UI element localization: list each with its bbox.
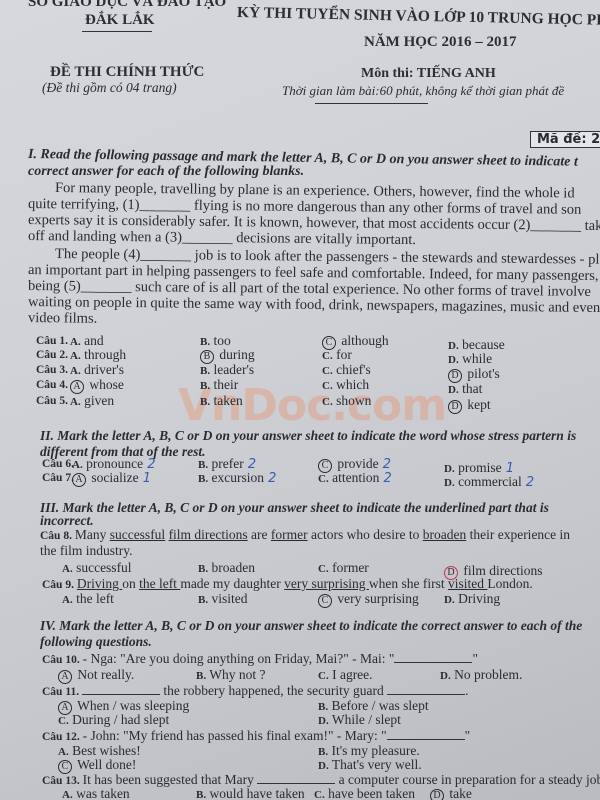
sentence-text: are (248, 527, 271, 542)
option-letter: C. (322, 380, 333, 392)
answer-option[interactable]: B. broaden (198, 560, 255, 576)
option-text: While / slept (329, 712, 401, 727)
option-text: Not really. (74, 667, 134, 682)
option-text: pilot's (464, 366, 500, 381)
question-text: the robbery happened, the security guard (160, 683, 387, 698)
question-label: Câu 5. (36, 395, 68, 407)
question-label: Câu 1. (36, 335, 68, 347)
answer-option[interactable]: D. Driving (444, 591, 500, 607)
answer-option[interactable]: A whose (70, 377, 124, 394)
option-text: was taken (73, 786, 130, 800)
option-text: prefer (208, 456, 244, 471)
option-letter: C. (318, 670, 329, 682)
question-label: Câu 2. (36, 349, 68, 361)
question-text: " (465, 728, 471, 743)
handwritten-stress-mark: 2 (264, 471, 276, 486)
option-text: because (459, 337, 505, 352)
subject-label: Môn thi: TIẾNG ANH (361, 66, 496, 82)
question-text: . (465, 683, 468, 698)
header-divider (82, 31, 152, 32)
passage-line: video films. (28, 310, 97, 328)
option-text: During / had slept (69, 712, 170, 727)
option-letter: C. (318, 473, 329, 485)
option-letter: A. (70, 350, 81, 362)
option-text: shown (333, 393, 372, 408)
question-8-text-2: the film industry. (40, 543, 133, 559)
option-letter: A. (70, 365, 81, 377)
answer-option[interactable]: A. through (70, 347, 126, 363)
answer-option[interactable]: B. visited (198, 591, 247, 607)
question-text: - John: "My friend has passed his final … (83, 728, 387, 743)
option-letter: B. (196, 670, 206, 682)
option-text: It's my pleasure. (328, 743, 420, 758)
option-letter: D. (318, 715, 329, 727)
official-exam-label: ĐỀ THI CHÍNH THỨC (50, 64, 204, 81)
option-text: very surprising (334, 591, 419, 606)
underlined-part: film directions (169, 527, 248, 542)
option-text: which (333, 377, 369, 392)
option-letter: B. (198, 473, 208, 485)
option-letter: C. (318, 563, 329, 575)
option-text: attention (329, 470, 380, 485)
sentence-text: their experience in (466, 527, 570, 542)
option-text: excursion (208, 470, 264, 485)
section-4-instruction: IV. Mark the letter A, B, C or D on your… (40, 618, 582, 634)
option-letter: D. (444, 477, 455, 489)
section-2-instruction: II. Mark the letter A, B, C or D on your… (40, 428, 576, 444)
option-text: the left (73, 591, 114, 606)
answer-option[interactable]: A. driver's (70, 362, 124, 378)
option-text: No problem. (451, 667, 523, 682)
option-letter: D. (448, 384, 459, 396)
exam-title: KỲ THI TUYỂN SINH VÀO LỚP 10 TRUNG HỌC P… (237, 4, 600, 31)
answer-option[interactable]: D. That's very well. (318, 757, 422, 773)
answer-blank (387, 739, 465, 740)
option-letter: B. (198, 594, 208, 606)
option-letter: D (448, 400, 462, 414)
option-text: taken (210, 393, 243, 408)
option-text: Well done! (74, 757, 136, 772)
answer-option[interactable]: C. attention 2 (318, 470, 392, 486)
option-letter: D. (444, 594, 455, 606)
option-letter: A. (62, 789, 73, 800)
option-text: pronounce (83, 456, 143, 471)
underlined-part: the left (139, 576, 180, 591)
option-letter: B. (198, 563, 208, 575)
answer-option[interactable]: B. Why not ? (196, 667, 265, 683)
option-text: I agree. (329, 667, 373, 682)
answer-option[interactable]: D. that (448, 381, 482, 397)
exam-code-box: Mã đề: 21 (530, 131, 600, 148)
option-letter: A (58, 670, 72, 684)
answer-blank (257, 783, 335, 784)
question-text: It has been suggested that Mary (83, 772, 258, 787)
question-11: Câu 11. the robbery happened, the securi… (42, 683, 469, 699)
answer-option[interactable]: C. for (322, 347, 352, 363)
time-note: Thời gian làm bài:60 phút, không kể thời… (282, 83, 564, 99)
option-letter: A (70, 380, 84, 394)
option-text: while (459, 351, 492, 366)
question-label: Câu 4. (36, 379, 68, 391)
sentence-text: made my daughter (180, 576, 284, 591)
question-label: Câu 10. (42, 654, 83, 666)
underlined-part: visited (448, 576, 487, 591)
option-text: whose (86, 377, 124, 392)
answer-blank (394, 662, 472, 663)
option-letter: C. (322, 396, 333, 408)
option-letter: A (72, 473, 86, 487)
option-text: provide (334, 456, 379, 471)
answer-option[interactable]: C. former (318, 560, 369, 576)
answer-option[interactable]: D. commercial 2 (444, 474, 534, 490)
question-9-text: Câu 9. Driving on the left made my daugh… (42, 576, 533, 592)
time-divider (315, 103, 428, 104)
option-letter: A. (70, 396, 81, 408)
option-text: given (81, 393, 114, 408)
answer-option[interactable]: B. leader's (200, 362, 254, 378)
answer-option[interactable]: C. chief's (322, 362, 371, 378)
answer-option[interactable]: B. taken (200, 393, 243, 409)
option-letter: C. (322, 350, 333, 362)
option-text: That's very well. (329, 757, 422, 772)
question-label: Câu 9. (42, 579, 77, 591)
sentence-text: actors who desire to (308, 527, 423, 542)
answer-option[interactable]: B. their (200, 377, 238, 393)
option-text: for (333, 347, 352, 362)
option-text: driver's (81, 362, 124, 377)
section-4-instruction-2: following questions. (40, 634, 152, 650)
section-1-instruction-2: correct answer for each of the following… (28, 164, 304, 180)
answer-option[interactable]: A. successful (62, 560, 132, 576)
option-text: former (329, 560, 369, 575)
underlined-part: broaden (423, 527, 466, 542)
department-line-2: ĐẮK LẮK (85, 12, 155, 29)
answer-option[interactable]: D. while (448, 351, 492, 367)
sentence-text: Many (75, 527, 110, 542)
option-letter: C (318, 594, 332, 608)
option-text: that (459, 381, 483, 396)
option-text: their (210, 377, 238, 392)
option-text: leader's (210, 362, 254, 377)
underlined-part: former (271, 527, 308, 542)
answer-blank (387, 694, 465, 695)
question-label: Câu 12. (42, 731, 83, 743)
department-line-1: SỞ GIÁO DỤC VÀ ĐÀO TẠO (28, 0, 226, 11)
question-text: - Nga: "Are you doing anything on Friday… (83, 651, 395, 666)
answer-option[interactable]: D. No problem. (440, 667, 522, 683)
option-text: When / was sleeping (74, 698, 189, 713)
question-12: Câu 12. - John: "My friend has passed hi… (42, 728, 470, 744)
question-label: Câu 7. (42, 472, 74, 484)
option-letter: D (430, 789, 444, 800)
option-text: would have taken (206, 786, 305, 800)
answer-option[interactable]: C. which (322, 377, 369, 393)
option-letter: A. (62, 594, 73, 606)
question-label: Câu 3. (36, 364, 68, 376)
answer-option[interactable]: A. was taken (62, 786, 130, 800)
school-year: NĂM HỌC 2016 – 2017 (364, 34, 517, 51)
option-letter: D. (448, 354, 459, 366)
question-text: " (472, 651, 478, 666)
option-text: kept (464, 397, 491, 412)
question-label: Câu 8. (40, 530, 75, 542)
option-text: socialize (88, 470, 139, 485)
answer-option[interactable]: D. While / slept (318, 712, 401, 728)
underlined-part: very surprising (284, 576, 369, 591)
answer-option[interactable]: A Not really. (58, 667, 134, 684)
option-text: through (81, 347, 126, 362)
option-letter: D. (318, 760, 329, 772)
option-text: broaden (208, 560, 255, 575)
option-letter: B. (200, 380, 210, 392)
sentence-text: on (122, 576, 139, 591)
option-text: commercial (455, 474, 522, 489)
option-letter: D. (440, 670, 451, 682)
answer-option[interactable]: A. given (70, 393, 114, 409)
question-10: Câu 10. - Nga: "Are you doing anything o… (42, 651, 478, 667)
section-3-instruction: III. Mark the letter A, B, C or D on you… (40, 500, 549, 516)
handwritten-stress-mark: 1 (139, 471, 151, 486)
option-letter: B. (196, 789, 206, 800)
option-text: too (210, 333, 231, 348)
question-label: Câu 6. (42, 458, 74, 470)
sentence-text: when she first (369, 576, 448, 591)
answer-blank (82, 694, 160, 695)
underlined-part: Driving (77, 576, 122, 591)
option-text: and (81, 333, 104, 348)
answer-option[interactable]: C. have been taken (314, 786, 415, 800)
handwritten-stress-mark: 2 (522, 475, 534, 490)
option-letter: C. (322, 365, 333, 377)
option-text: chief's (333, 362, 371, 377)
option-text: although (338, 333, 389, 348)
option-text: promise (455, 460, 502, 475)
option-letter: C. (314, 789, 325, 800)
sentence-text: London. (487, 576, 532, 591)
answer-option[interactable]: D kept (448, 397, 491, 414)
answer-option[interactable]: A socialize 1 (72, 470, 151, 487)
option-text: during (216, 347, 255, 362)
option-text: visited (208, 591, 247, 606)
question-8-text: Câu 8. Many successful film directions a… (40, 527, 570, 543)
question-text: a computer course in preparation for a s… (335, 772, 600, 787)
option-letter: A. (62, 563, 73, 575)
option-letter: B. (200, 365, 210, 377)
answer-option[interactable]: C very surprising (318, 591, 419, 608)
underlined-part: successful (110, 527, 165, 542)
question-label: Câu 11. (42, 686, 82, 698)
option-text: successful (73, 560, 132, 575)
answer-option[interactable]: C. During / had slept (58, 712, 169, 728)
answer-option[interactable]: C. shown (322, 393, 371, 409)
option-text: Before / was slept (328, 698, 428, 713)
option-text: Best wishes! (69, 743, 141, 758)
option-text: Driving (455, 591, 500, 606)
handwritten-stress-mark: 2 (379, 471, 391, 486)
option-letter: C. (58, 715, 69, 727)
answer-option[interactable]: B. would have taken (196, 786, 305, 800)
answer-option[interactable]: B. excursion 2 (198, 470, 276, 486)
option-text: have been taken (325, 786, 415, 800)
pages-note: (Đề thi gồm có 04 trang) (42, 80, 177, 96)
answer-option[interactable]: A. the left (62, 591, 114, 607)
answer-option[interactable]: C. I agree. (318, 667, 373, 683)
answer-option[interactable]: D take (430, 786, 472, 800)
option-letter: B. (200, 396, 210, 408)
option-text: take (446, 786, 472, 800)
option-text: Why not ? (206, 667, 265, 682)
